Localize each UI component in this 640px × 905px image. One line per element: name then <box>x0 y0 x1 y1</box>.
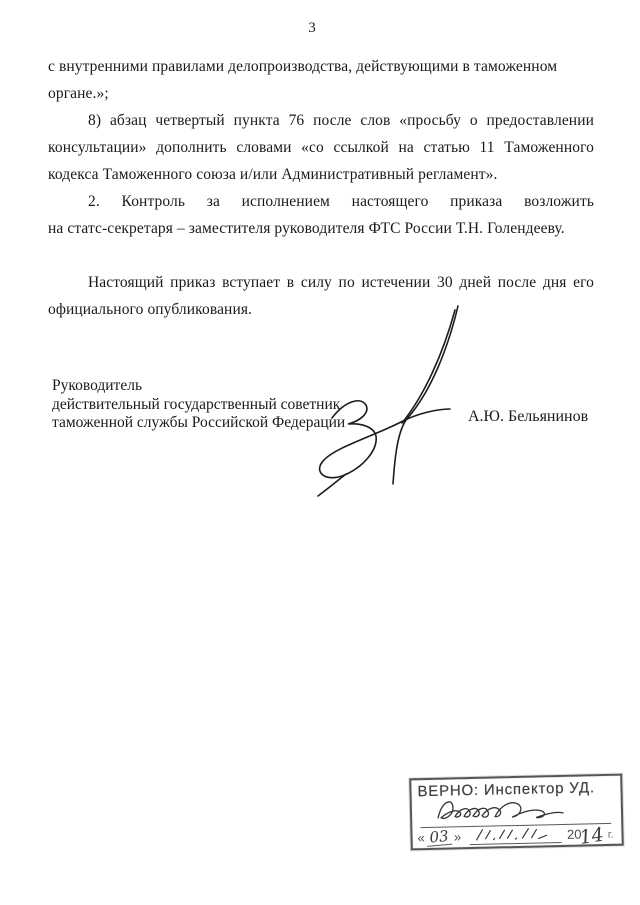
verification-stamp: ВЕРНО: Инспектор УД. « 03 » 20 14 г. <box>409 774 624 851</box>
stamp-date-scrawl-icon <box>471 825 557 843</box>
director-signature-scrawl-icon <box>290 296 478 508</box>
stamp-close-quote: » <box>454 828 462 845</box>
stamp-open-quote: « <box>417 829 425 846</box>
text-line: Настоящий приказ вступает в силу по исте… <box>48 269 594 296</box>
stamp-year-suffix: г. <box>608 828 614 842</box>
text-line: на статс-секретаря – заместителя руковод… <box>48 215 594 242</box>
scanned-document-page: 3 с внутренними правилами делопроизводст… <box>0 0 640 905</box>
text-line: кодекса Таможенного союза и/или Админист… <box>48 161 594 188</box>
paragraph-gap <box>48 242 594 269</box>
stamp-handwritten-year: 14 <box>579 828 605 845</box>
signer-name: А.Ю. Бельянинов <box>468 408 588 426</box>
stamp-handwritten-day: 03 <box>426 829 452 847</box>
text-line: консультации» дополнить словами «со ссыл… <box>48 134 594 161</box>
stamp-year-group: 20 14 г. <box>567 826 614 843</box>
text-line: с внутренними правилами делопроизводства… <box>48 53 594 80</box>
text-line: 8) абзац четвертый пункта 76 после слов … <box>48 107 594 134</box>
page-number: 3 <box>0 20 624 37</box>
text-line: 2. Контроль за исполнением настоящего пр… <box>48 188 594 215</box>
stamp-handwritten-month-field <box>469 824 561 845</box>
text-line: органе.»; <box>48 80 594 107</box>
document-body-text: с внутренними правилами делопроизводства… <box>48 53 594 323</box>
stamp-date-row: « 03 » 20 14 г. <box>417 820 616 847</box>
